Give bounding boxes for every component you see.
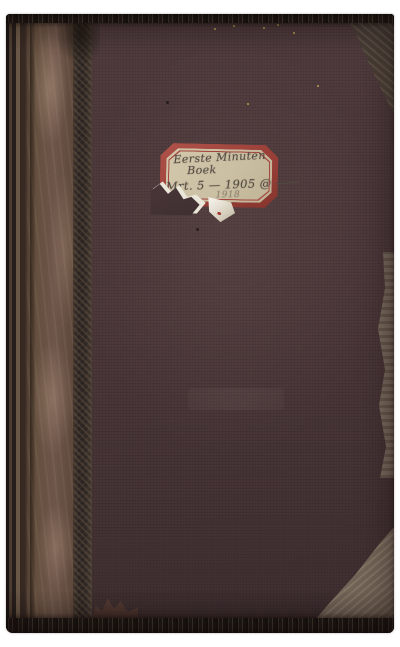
faint-emboss-mark — [188, 388, 284, 410]
speck — [277, 24, 279, 26]
speck — [247, 103, 249, 105]
fore-edge-wear-strip — [374, 252, 394, 478]
handwriting-flourish-line — [274, 180, 298, 185]
speck — [317, 85, 319, 87]
corner-protector-top-right — [324, 20, 394, 120]
dark-fleck — [196, 228, 199, 231]
photo-stage: Eerste Minuten Boek Mrt. 5 — 1905 @ 1918 — [0, 0, 400, 647]
title-label: Eerste Minuten Boek Mrt. 5 — 1905 @ 1918 — [159, 143, 278, 208]
page-block-top-edge — [6, 14, 394, 23]
spine-cloth-joint-band — [73, 14, 92, 633]
speck — [293, 32, 295, 34]
spine-bottom-fray — [92, 593, 138, 619]
label-handwriting-line2: Boek — [187, 163, 217, 177]
speck — [263, 27, 265, 29]
label-handwriting-line4: 1918 — [216, 190, 241, 200]
page-block-bottom-edge — [6, 618, 394, 633]
spine-hinge-groove — [30, 14, 35, 633]
corner-protector-bottom-right — [314, 519, 394, 621]
spine-left-edge — [6, 14, 28, 633]
book-front-cover: Eerste Minuten Boek Mrt. 5 — 1905 @ 1918 — [6, 14, 394, 633]
spine-top-wear-smudge — [56, 18, 100, 64]
speck — [214, 28, 216, 30]
speck — [233, 25, 235, 27]
dark-fleck — [166, 101, 169, 104]
